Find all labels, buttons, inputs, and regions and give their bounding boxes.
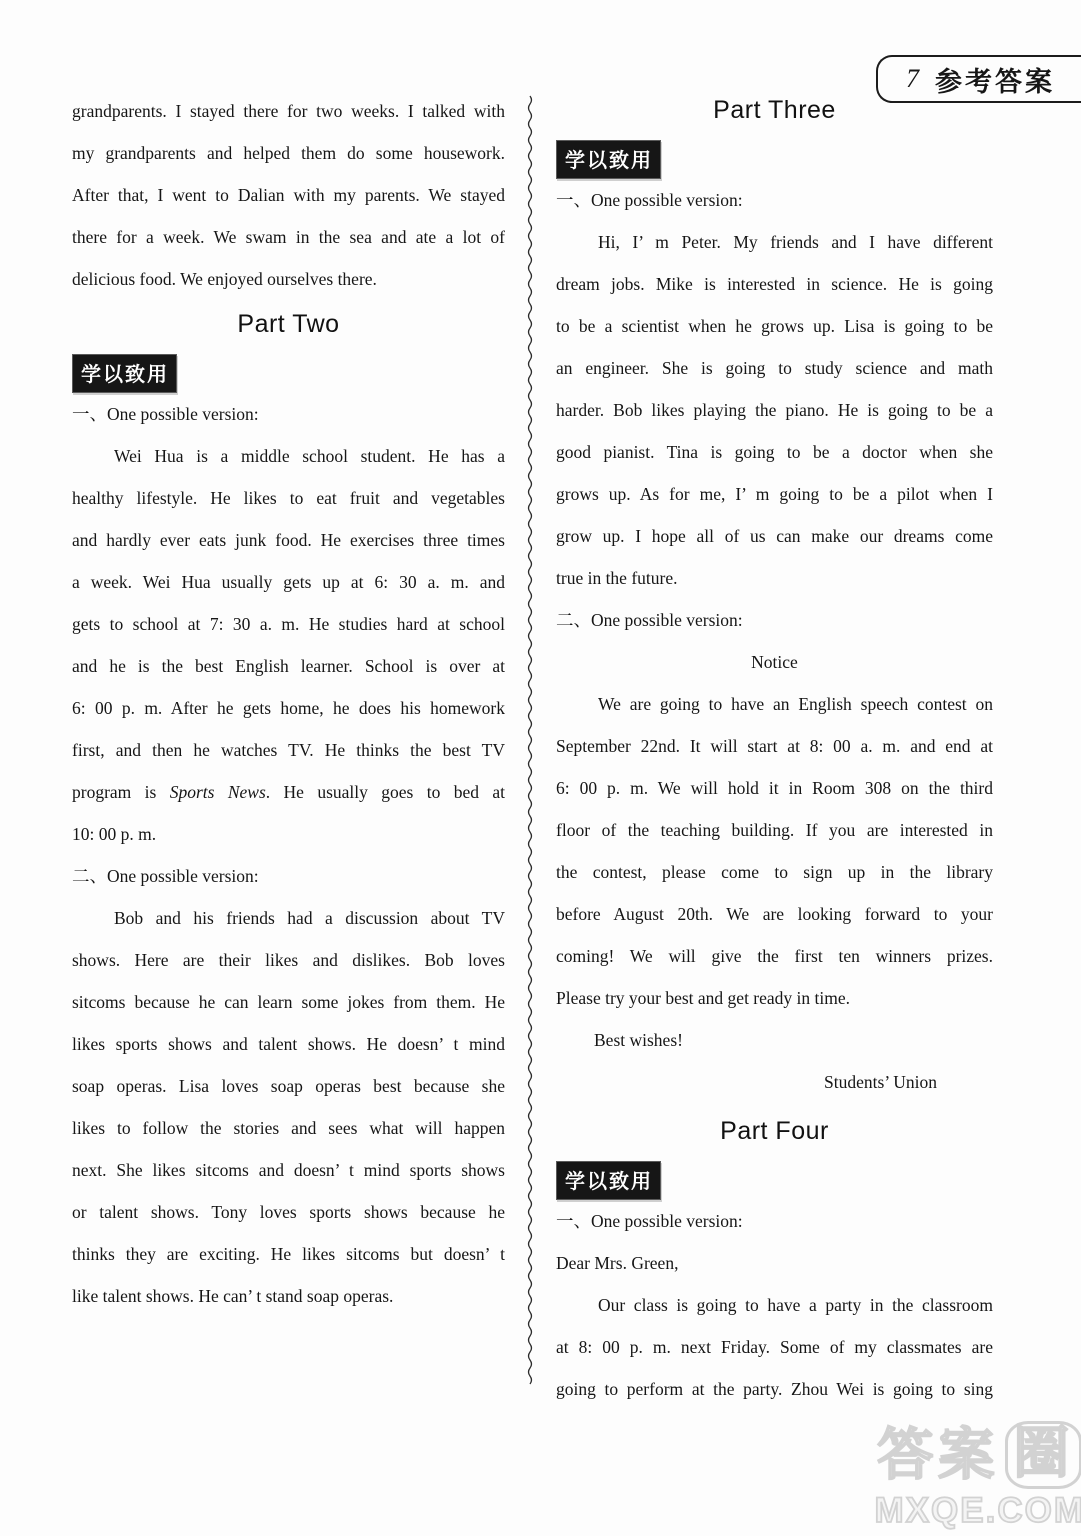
text-line: before August 20th. We are looking forwa…: [556, 893, 993, 935]
text-line: thinks they are exciting. He likes sitco…: [72, 1233, 505, 1275]
text-line: soap operas. Lisa loves soap operas best…: [72, 1065, 505, 1107]
left-column: grandparents. I stayed there for two wee…: [72, 90, 505, 1317]
text-line: the contest, please come to sign up in t…: [556, 851, 993, 893]
watermark-site: MXQE.COM: [875, 1491, 1081, 1530]
badge-row: 学以致用: [72, 354, 505, 388]
section-two-label: 二、One possible version:: [556, 599, 993, 641]
part-two-heading: Part Two: [72, 308, 505, 340]
text-line: my grandparents and helped them do some …: [72, 132, 505, 174]
text-line: sitcoms because he can learn some jokes …: [72, 981, 505, 1023]
text-line: 6: 00 p. m. We will hold it in Room 308 …: [556, 767, 993, 809]
text-line: delicious food. We enjoyed ourselves the…: [72, 258, 505, 300]
section-one-label: 一、One possible version:: [556, 1200, 993, 1242]
notice-body: We are going to have an English speech c…: [556, 683, 993, 1019]
notice-title: Notice: [556, 641, 993, 683]
text-line: at 8: 00 p. m. next Friday. Some of my c…: [556, 1326, 993, 1368]
text-line: We are going to have an English speech c…: [556, 683, 993, 725]
text-line: floor of the teaching building. If you a…: [556, 809, 993, 851]
text-line: Bob and his friends had a discussion abo…: [72, 897, 505, 939]
letter-closing: Best wishes!: [556, 1019, 993, 1061]
text-line: Hi, I’ m Peter. My friends and I have di…: [556, 221, 993, 263]
text-line: September 22nd. It will start at 8: 00 a…: [556, 725, 993, 767]
part-four-heading: Part Four: [556, 1115, 993, 1147]
text-line: 6: 00 p. m. After he gets home, he does …: [72, 687, 505, 729]
column-divider: [524, 94, 536, 1394]
text-line: Wei Hua is a middle school student. He h…: [72, 435, 505, 477]
text-line: Our class is going to have a party in th…: [556, 1284, 993, 1326]
text-line: program is Sports News. He usually goes …: [72, 771, 505, 813]
text-line: grows up. As for me, I’ m going to be a …: [556, 473, 993, 515]
page-header-title: 参考答案: [935, 60, 1055, 99]
text-line: dream jobs. Mike is interested in scienc…: [556, 263, 993, 305]
text-line: good pianist. Tina is going to be a doct…: [556, 431, 993, 473]
text-line: and hardly ever eats junk food. He exerc…: [72, 519, 505, 561]
text-line: grow up. I hope all of us can make our d…: [556, 515, 993, 557]
watermark-brand-text: 答案: [877, 1424, 999, 1487]
text-line: shows. Here are their likes and dislikes…: [72, 939, 505, 981]
text-line: and he is the best English learner. Scho…: [72, 645, 505, 687]
watermark-circled-char: 圈: [1005, 1421, 1081, 1489]
part-four-essay-one: Our class is going to have a party in th…: [556, 1284, 993, 1410]
text-line: likes to follow the stories and sees wha…: [72, 1107, 505, 1149]
part-two-essay-one: Wei Hua is a middle school student. He h…: [72, 435, 505, 855]
badge-row: 学以致用: [556, 1161, 993, 1195]
text-line: grandparents. I stayed there for two wee…: [72, 90, 505, 132]
letter-salutation: Dear Mrs. Green,: [556, 1242, 993, 1284]
text-line: harder. Bob likes playing the piano. He …: [556, 389, 993, 431]
text-line: a week. Wei Hua usually gets up at 6: 30…: [72, 561, 505, 603]
wavy-line: [529, 96, 532, 1384]
text-line: first, and then he watches TV. He thinks…: [72, 729, 505, 771]
part-two-essay-two: Bob and his friends had a discussion abo…: [72, 897, 505, 1317]
text-line: or talent shows. Tony loves sports shows…: [72, 1191, 505, 1233]
text-line: coming! We will give the first ten winne…: [556, 935, 993, 977]
text-line: 10: 00 p. m.: [72, 813, 505, 855]
badge-row: 学以致用: [556, 140, 993, 174]
text-line: there for a week. We swam in the sea and…: [72, 216, 505, 258]
text-line: to be a scientist when he grows up. Lisa…: [556, 305, 993, 347]
text-line: next. She likes sitcoms and doesn’ t min…: [72, 1149, 505, 1191]
answer-key-page: 7 参考答案 grandparents. I stayed there for …: [0, 0, 1081, 1536]
text-line: Please try your best and get ready in ti…: [556, 977, 993, 1019]
page-number: 7: [906, 64, 919, 94]
section-one-label: 一、One possible version:: [72, 393, 505, 435]
part-three-heading: Part Three: [556, 94, 993, 126]
watermark: 答案圈 MXQE.COM: [875, 1421, 1081, 1530]
section-one-label: 一、One possible version:: [556, 179, 993, 221]
text-line: likes sports shows and talent shows. He …: [72, 1023, 505, 1065]
xueyizhiyong-badge: 学以致用: [72, 354, 177, 393]
text-line: going to perform at the party. Zhou Wei …: [556, 1368, 993, 1410]
xueyizhiyong-badge: 学以致用: [556, 140, 661, 179]
text-line: like talent shows. He can’ t stand soap …: [72, 1275, 505, 1317]
text-line: After that, I went to Dalian with my par…: [72, 174, 505, 216]
text-line: healthy lifestyle. He likes to eat fruit…: [72, 477, 505, 519]
intro-paragraph: grandparents. I stayed there for two wee…: [72, 90, 505, 300]
text-line: true in the future.: [556, 557, 993, 599]
watermark-brand: 答案圈: [875, 1421, 1081, 1489]
text-line: gets to school at 7: 30 a. m. He studies…: [72, 603, 505, 645]
text-line: an engineer. She is going to study scien…: [556, 347, 993, 389]
section-two-label: 二、One possible version:: [72, 855, 505, 897]
part-three-essay-one: Hi, I’ m Peter. My friends and I have di…: [556, 221, 993, 599]
right-column: Part Three 学以致用 一、One possible version: …: [556, 94, 993, 1410]
xueyizhiyong-badge: 学以致用: [556, 1161, 661, 1200]
letter-signature: Students’ Union: [556, 1061, 993, 1103]
